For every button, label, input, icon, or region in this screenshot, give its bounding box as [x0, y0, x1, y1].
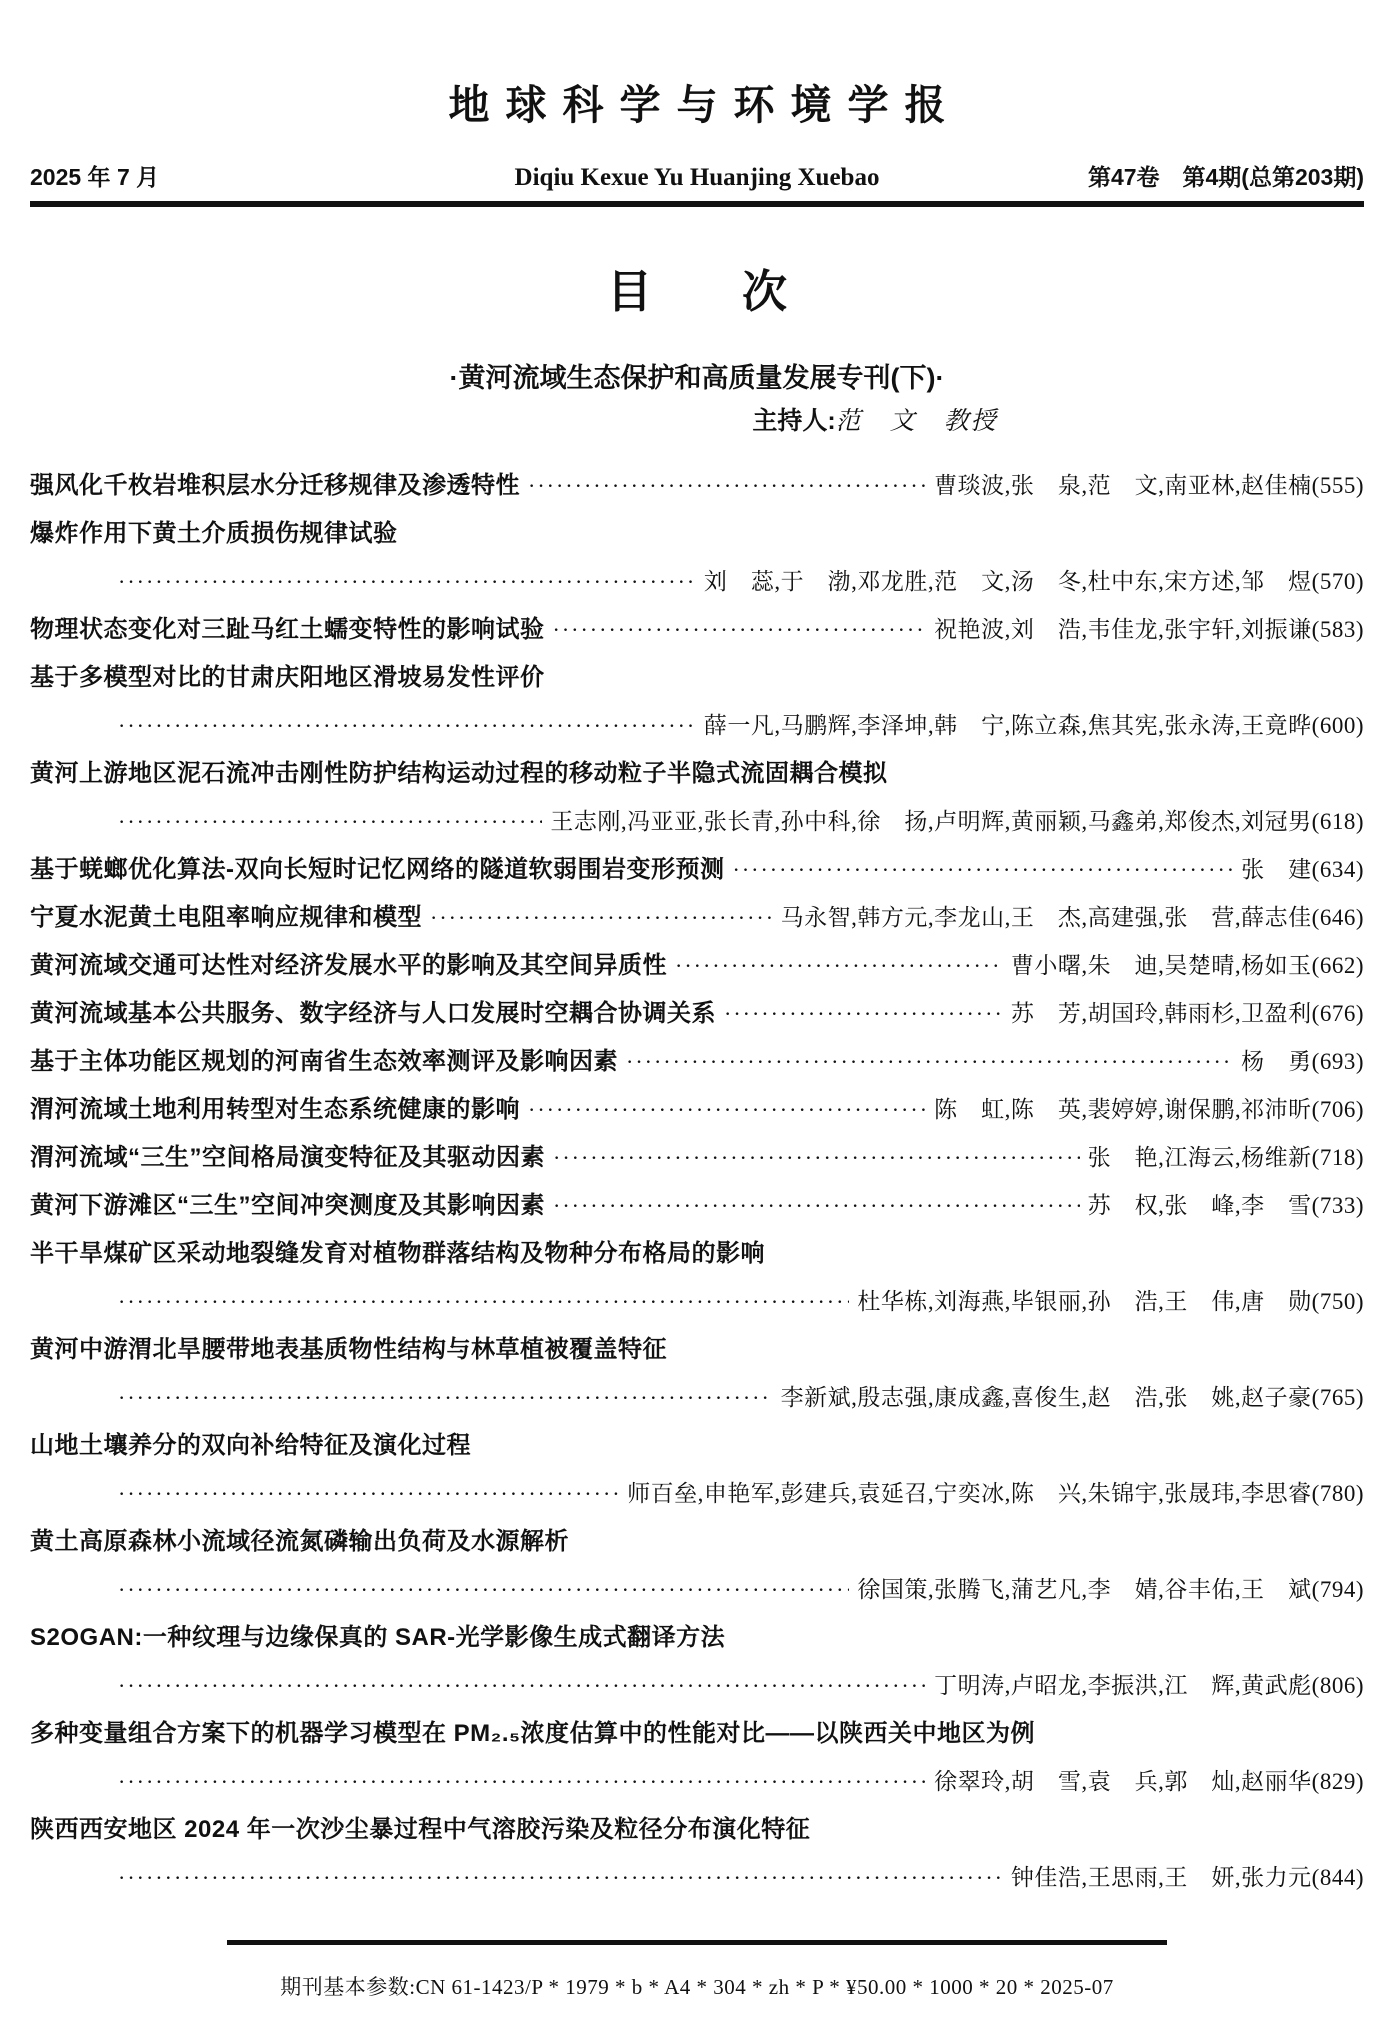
toc-entry-authors-row: 薛一凡,马鹏辉,李泽坤,韩 宁,陈立森,焦其宪,张永涛,王竟晔(600) [30, 702, 1364, 750]
toc-entry-row: 物理状态变化对三趾马红土蠕变特性的影响试验祝艳波,刘 浩,韦佳龙,张宇轩,刘振谦… [30, 606, 1364, 654]
author-names: 马永智,韩方元,李龙山,王 杰,高建强,张 营,薛志佳 [781, 905, 1312, 930]
page-number: (662) [1312, 953, 1364, 978]
toc-entry-row: 山地土壤养分的双向补给特征及演化过程 [30, 1422, 1364, 1470]
author-names: 苏 芳,胡国玲,韩雨杉,卫盈利 [1011, 1001, 1312, 1026]
page-number: (583) [1312, 617, 1364, 642]
toc-entry-row: 黄河流域基本公共服务、数字经济与人口发展时空耦合协调关系苏 芳,胡国玲,韩雨杉,… [30, 990, 1364, 1038]
page-number: (693) [1312, 1049, 1364, 1074]
leader-dots [724, 990, 1003, 1038]
author-names: 王志刚,冯亚亚,张长青,孙中科,徐 扬,卢明辉,黄丽颖,马鑫弟,郑俊杰,刘冠男 [550, 809, 1311, 834]
article-authors: 苏 权,张 峰,李 雪(733) [1088, 1182, 1364, 1230]
author-names: 曹小曙,朱 迪,吴楚晴,杨如玉 [1011, 953, 1312, 978]
toc-entry-row: 黄河下游滩区“三生”空间冲突测度及其影响因素苏 权,张 峰,李 雪(733) [30, 1182, 1364, 1230]
toc-entry-row: 陕西西安地区 2024 年一次沙尘暴过程中气溶胶污染及粒径分布演化特征 [30, 1806, 1364, 1854]
article-title: 物理状态变化对三趾马红土蠕变特性的影响试验 [30, 606, 545, 654]
article-title: 渭河流域“三生”空间格局演变特征及其驱动因素 [30, 1134, 545, 1182]
author-names: 师百垒,申艳军,彭建兵,袁延召,宁奕冰,陈 兴,朱锦宇,张晟玮,李思睿 [627, 1481, 1312, 1506]
article-title: 基于多模型对比的甘肃庆阳地区滑坡易发性评价 [30, 654, 545, 702]
article-authors: 徐翠玲,胡 雪,袁 兵,郭 灿,赵丽华(829) [934, 1758, 1364, 1806]
page-number: (718) [1312, 1145, 1364, 1170]
toc-entry-row: 多种变量组合方案下的机器学习模型在 PM₂.₅浓度估算中的性能对比——以陕西关中… [30, 1710, 1364, 1758]
article-title: 基于蜣螂优化算法-双向长短时记忆网络的隧道软弱围岩变形预测 [30, 846, 725, 894]
article-title: 强风化千枚岩堆积层水分迁移规律及渗透特性 [30, 462, 520, 510]
toc-entry-authors-row: 钟佳浩,王思雨,王 妍,张力元(844) [30, 1854, 1364, 1902]
leader-dots [553, 606, 927, 654]
page-number: (600) [1312, 713, 1364, 738]
page-number: (844) [1312, 1865, 1364, 1890]
article-title: 基于主体功能区规划的河南省生态效率测评及影响因素 [30, 1038, 618, 1086]
article-authors: 马永智,韩方元,李龙山,王 杰,高建强,张 营,薛志佳(646) [781, 894, 1364, 942]
toc-entry-authors-row: 丁明涛,卢昭龙,李振洪,江 辉,黄武彪(806) [30, 1662, 1364, 1710]
host-inner: 主持人:范 文 教授 [752, 405, 997, 438]
toc-entry-row: 基于多模型对比的甘肃庆阳地区滑坡易发性评价 [30, 654, 1364, 702]
journal-title: 地球科学与环境学报 [30, 78, 1364, 133]
toc-entry-row: 黄土高原森林小流域径流氮磷输出负荷及水源解析 [30, 1518, 1364, 1566]
page-number: (618) [1312, 809, 1364, 834]
journal-toc-page: 地球科学与环境学报 2025 年 7 月 Diqiu Kexue Yu Huan… [0, 0, 1394, 2037]
article-title: 黄土高原森林小流域径流氮磷输出负荷及水源解析 [30, 1518, 569, 1566]
toc-entry-authors-row: 徐国策,张腾飞,蒲艺凡,李 婧,谷丰佑,王 斌(794) [30, 1566, 1364, 1614]
author-names: 陈 虹,陈 英,裴婷婷,谢保鹏,祁沛昕 [934, 1097, 1312, 1122]
toc-entry-authors-row: 王志刚,冯亚亚,张长青,孙中科,徐 扬,卢明辉,黄丽颖,马鑫弟,郑俊杰,刘冠男(… [30, 798, 1364, 846]
toc-entry-row: 渭河流域土地利用转型对生态系统健康的影响陈 虹,陈 英,裴婷婷,谢保鹏,祁沛昕(… [30, 1086, 1364, 1134]
toc-list: 强风化千枚岩堆积层水分迁移规律及渗透特性曹琰波,张 泉,范 文,南亚林,赵佳楠(… [30, 462, 1364, 1902]
host-label: 主持人: [752, 407, 835, 435]
article-title: 黄河上游地区泥石流冲击刚性防护结构运动过程的移动粒子半隐式流固耦合模拟 [30, 750, 888, 798]
leader-dots [553, 1182, 1080, 1230]
article-authors: 王志刚,冯亚亚,张长青,孙中科,徐 扬,卢明辉,黄丽颖,马鑫弟,郑俊杰,刘冠男(… [550, 798, 1364, 846]
article-authors: 杜华栋,刘海燕,毕银丽,孙 浩,王 伟,唐 勋(750) [857, 1278, 1364, 1326]
toc-entry-row: 黄河上游地区泥石流冲击刚性防护结构运动过程的移动粒子半隐式流固耦合模拟 [30, 750, 1364, 798]
leader-dots [118, 1662, 926, 1710]
page-number: (765) [1312, 1385, 1364, 1410]
toc-entry-row: 半干旱煤矿区采动地裂缝发育对植物群落结构及物种分布格局的影响 [30, 1230, 1364, 1278]
special-issue-title: ·黄河流域生态保护和高质量发展专刊(下)· [30, 361, 1364, 395]
article-authors: 师百垒,申艳军,彭建兵,袁延召,宁奕冰,陈 兴,朱锦宇,张晟玮,李思睿(780) [627, 1470, 1364, 1518]
leader-dots [675, 942, 1003, 990]
toc-entry-row: 宁夏水泥黄土电阻率响应规律和模型马永智,韩方元,李龙山,王 杰,高建强,张 营,… [30, 894, 1364, 942]
page-number: (806) [1312, 1673, 1364, 1698]
article-title: 陕西西安地区 2024 年一次沙尘暴过程中气溶胶污染及粒径分布演化特征 [30, 1806, 810, 1854]
author-names: 杜华栋,刘海燕,毕银丽,孙 浩,王 伟,唐 勋 [857, 1289, 1311, 1314]
toc-entry-row: 强风化千枚岩堆积层水分迁移规律及渗透特性曹琰波,张 泉,范 文,南亚林,赵佳楠(… [30, 462, 1364, 510]
leader-dots [118, 1470, 619, 1518]
header-rule [30, 201, 1364, 207]
author-names: 徐国策,张腾飞,蒲艺凡,李 婧,谷丰佑,王 斌 [857, 1577, 1311, 1602]
leader-dots [528, 462, 926, 510]
author-names: 杨 勇 [1241, 1049, 1312, 1074]
article-authors: 刘 蕊,于 渤,邓龙胜,范 文,汤 冬,杜中东,宋方述,邹 煜(570) [704, 558, 1364, 606]
leader-dots [118, 1758, 926, 1806]
toc-entry-row: 基于蜣螂优化算法-双向长短时记忆网络的隧道软弱围岩变形预测张 建(634) [30, 846, 1364, 894]
toc-entry-row: 黄河中游渭北旱腰带地表基质物性结构与林草植被覆盖特征 [30, 1326, 1364, 1374]
article-title: S2OGAN:一种纹理与边缘保真的 SAR-光学影像生成式翻译方法 [30, 1614, 725, 1662]
article-title: 山地土壤养分的双向补给特征及演化过程 [30, 1422, 471, 1470]
volume-issue-info: 第47卷 第4期(总第203期) [972, 159, 1364, 192]
host-name: 范 文 教授 [836, 408, 998, 435]
article-title: 多种变量组合方案下的机器学习模型在 PM₂.₅浓度估算中的性能对比——以陕西关中… [30, 1710, 1035, 1758]
article-authors: 李新斌,殷志强,康成鑫,喜俊生,赵 浩,张 姚,赵子豪(765) [781, 1374, 1364, 1422]
article-authors: 苏 芳,胡国玲,韩雨杉,卫盈利(676) [1011, 990, 1364, 1038]
toc-entry-authors-row: 徐翠玲,胡 雪,袁 兵,郭 灿,赵丽华(829) [30, 1758, 1364, 1806]
leader-dots [118, 558, 696, 606]
toc-entry-row: 爆炸作用下黄土介质损伤规律试验 [30, 510, 1364, 558]
leader-dots [553, 1134, 1080, 1182]
author-names: 祝艳波,刘 浩,韦佳龙,张宇轩,刘振谦 [934, 617, 1312, 642]
article-title: 爆炸作用下黄土介质损伤规律试验 [30, 510, 398, 558]
page-number: (733) [1312, 1193, 1364, 1218]
leader-dots [528, 1086, 926, 1134]
footer-rule [227, 1940, 1167, 1945]
author-names: 曹琰波,张 泉,范 文,南亚林,赵佳楠 [934, 473, 1312, 498]
article-title: 黄河下游滩区“三生”空间冲突测度及其影响因素 [30, 1182, 545, 1230]
article-title: 黄河流域交通可达性对经济发展水平的影响及其空间异质性 [30, 942, 667, 990]
article-authors: 薛一凡,马鹏辉,李泽坤,韩 宁,陈立森,焦其宪,张永涛,王竟晔(600) [704, 702, 1364, 750]
journal-pinyin-title: Diqiu Kexue Yu Huanjing Xuebao [422, 164, 971, 192]
article-authors: 陈 虹,陈 英,裴婷婷,谢保鹏,祁沛昕(706) [934, 1086, 1364, 1134]
toc-entry-row: 基于主体功能区规划的河南省生态效率测评及影响因素杨 勇(693) [30, 1038, 1364, 1086]
toc-entry-row: 黄河流域交通可达性对经济发展水平的影响及其空间异质性曹小曙,朱 迪,吴楚晴,杨如… [30, 942, 1364, 990]
author-names: 张 建 [1241, 857, 1312, 882]
article-authors: 杨 勇(693) [1241, 1038, 1364, 1086]
page-number: (794) [1312, 1577, 1364, 1602]
author-names: 李新斌,殷志强,康成鑫,喜俊生,赵 浩,张 姚,赵子豪 [781, 1385, 1312, 1410]
article-authors: 张 艳,江海云,杨维新(718) [1088, 1134, 1364, 1182]
leader-dots [118, 1854, 1003, 1902]
author-names: 刘 蕊,于 渤,邓龙胜,范 文,汤 冬,杜中东,宋方述,邹 煜 [704, 569, 1312, 594]
toc-entry-authors-row: 李新斌,殷志强,康成鑫,喜俊生,赵 浩,张 姚,赵子豪(765) [30, 1374, 1364, 1422]
issue-date: 2025 年 7 月 [30, 159, 422, 192]
host-line: 主持人:范 文 教授 [30, 405, 1364, 438]
article-authors: 曹琰波,张 泉,范 文,南亚林,赵佳楠(555) [934, 462, 1364, 510]
article-title: 黄河流域基本公共服务、数字经济与人口发展时空耦合协调关系 [30, 990, 716, 1038]
article-title: 半干旱煤矿区采动地裂缝发育对植物群落结构及物种分布格局的影响 [30, 1230, 765, 1278]
leader-dots [733, 846, 1234, 894]
leader-dots [118, 702, 696, 750]
article-title: 黄河中游渭北旱腰带地表基质物性结构与林草植被覆盖特征 [30, 1326, 667, 1374]
article-authors: 张 建(634) [1241, 846, 1364, 894]
author-names: 丁明涛,卢昭龙,李振洪,江 辉,黄武彪 [934, 1673, 1312, 1698]
leader-dots [626, 1038, 1233, 1086]
page-number: (570) [1312, 569, 1364, 594]
leader-dots [118, 1566, 849, 1614]
leader-dots [118, 798, 542, 846]
toc-entry-authors-row: 师百垒,申艳军,彭建兵,袁延召,宁奕冰,陈 兴,朱锦宇,张晟玮,李思睿(780) [30, 1470, 1364, 1518]
leader-dots [430, 894, 773, 942]
page-number: (555) [1312, 473, 1364, 498]
page-number: (829) [1312, 1769, 1364, 1794]
article-authors: 祝艳波,刘 浩,韦佳龙,张宇轩,刘振谦(583) [934, 606, 1364, 654]
page-number: (676) [1312, 1001, 1364, 1026]
author-names: 张 艳,江海云,杨维新 [1088, 1145, 1312, 1170]
toc-entry-authors-row: 杜华栋,刘海燕,毕银丽,孙 浩,王 伟,唐 勋(750) [30, 1278, 1364, 1326]
page-number: (706) [1312, 1097, 1364, 1122]
header-info-row: 2025 年 7 月 Diqiu Kexue Yu Huanjing Xueba… [30, 159, 1364, 192]
author-names: 薛一凡,马鹏辉,李泽坤,韩 宁,陈立森,焦其宪,张永涛,王竟晔 [704, 713, 1312, 738]
article-authors: 曹小曙,朱 迪,吴楚晴,杨如玉(662) [1011, 942, 1364, 990]
page-number: (634) [1312, 857, 1364, 882]
author-names: 钟佳浩,王思雨,王 妍,张力元 [1011, 1865, 1312, 1890]
article-authors: 徐国策,张腾飞,蒲艺凡,李 婧,谷丰佑,王 斌(794) [857, 1566, 1364, 1614]
leader-dots [118, 1374, 773, 1422]
toc-entry-row: S2OGAN:一种纹理与边缘保真的 SAR-光学影像生成式翻译方法 [30, 1614, 1364, 1662]
article-title: 渭河流域土地利用转型对生态系统健康的影响 [30, 1086, 520, 1134]
author-names: 苏 权,张 峰,李 雪 [1088, 1193, 1312, 1218]
journal-basic-parameters: 期刊基本参数:CN 61-1423/P * 1979 * b * A4 * 30… [30, 1971, 1364, 2001]
article-authors: 丁明涛,卢昭龙,李振洪,江 辉,黄武彪(806) [934, 1662, 1364, 1710]
leader-dots [118, 1278, 849, 1326]
page-number: (646) [1312, 905, 1364, 930]
author-names: 徐翠玲,胡 雪,袁 兵,郭 灿,赵丽华 [934, 1769, 1312, 1794]
article-authors: 钟佳浩,王思雨,王 妍,张力元(844) [1011, 1854, 1364, 1902]
toc-entry-authors-row: 刘 蕊,于 渤,邓龙胜,范 文,汤 冬,杜中东,宋方述,邹 煜(570) [30, 558, 1364, 606]
page-number: (780) [1312, 1481, 1364, 1506]
article-title: 宁夏水泥黄土电阻率响应规律和模型 [30, 894, 422, 942]
page-number: (750) [1312, 1289, 1364, 1314]
toc-entry-row: 渭河流域“三生”空间格局演变特征及其驱动因素张 艳,江海云,杨维新(718) [30, 1134, 1364, 1182]
toc-title: 目 次 [30, 267, 1364, 317]
